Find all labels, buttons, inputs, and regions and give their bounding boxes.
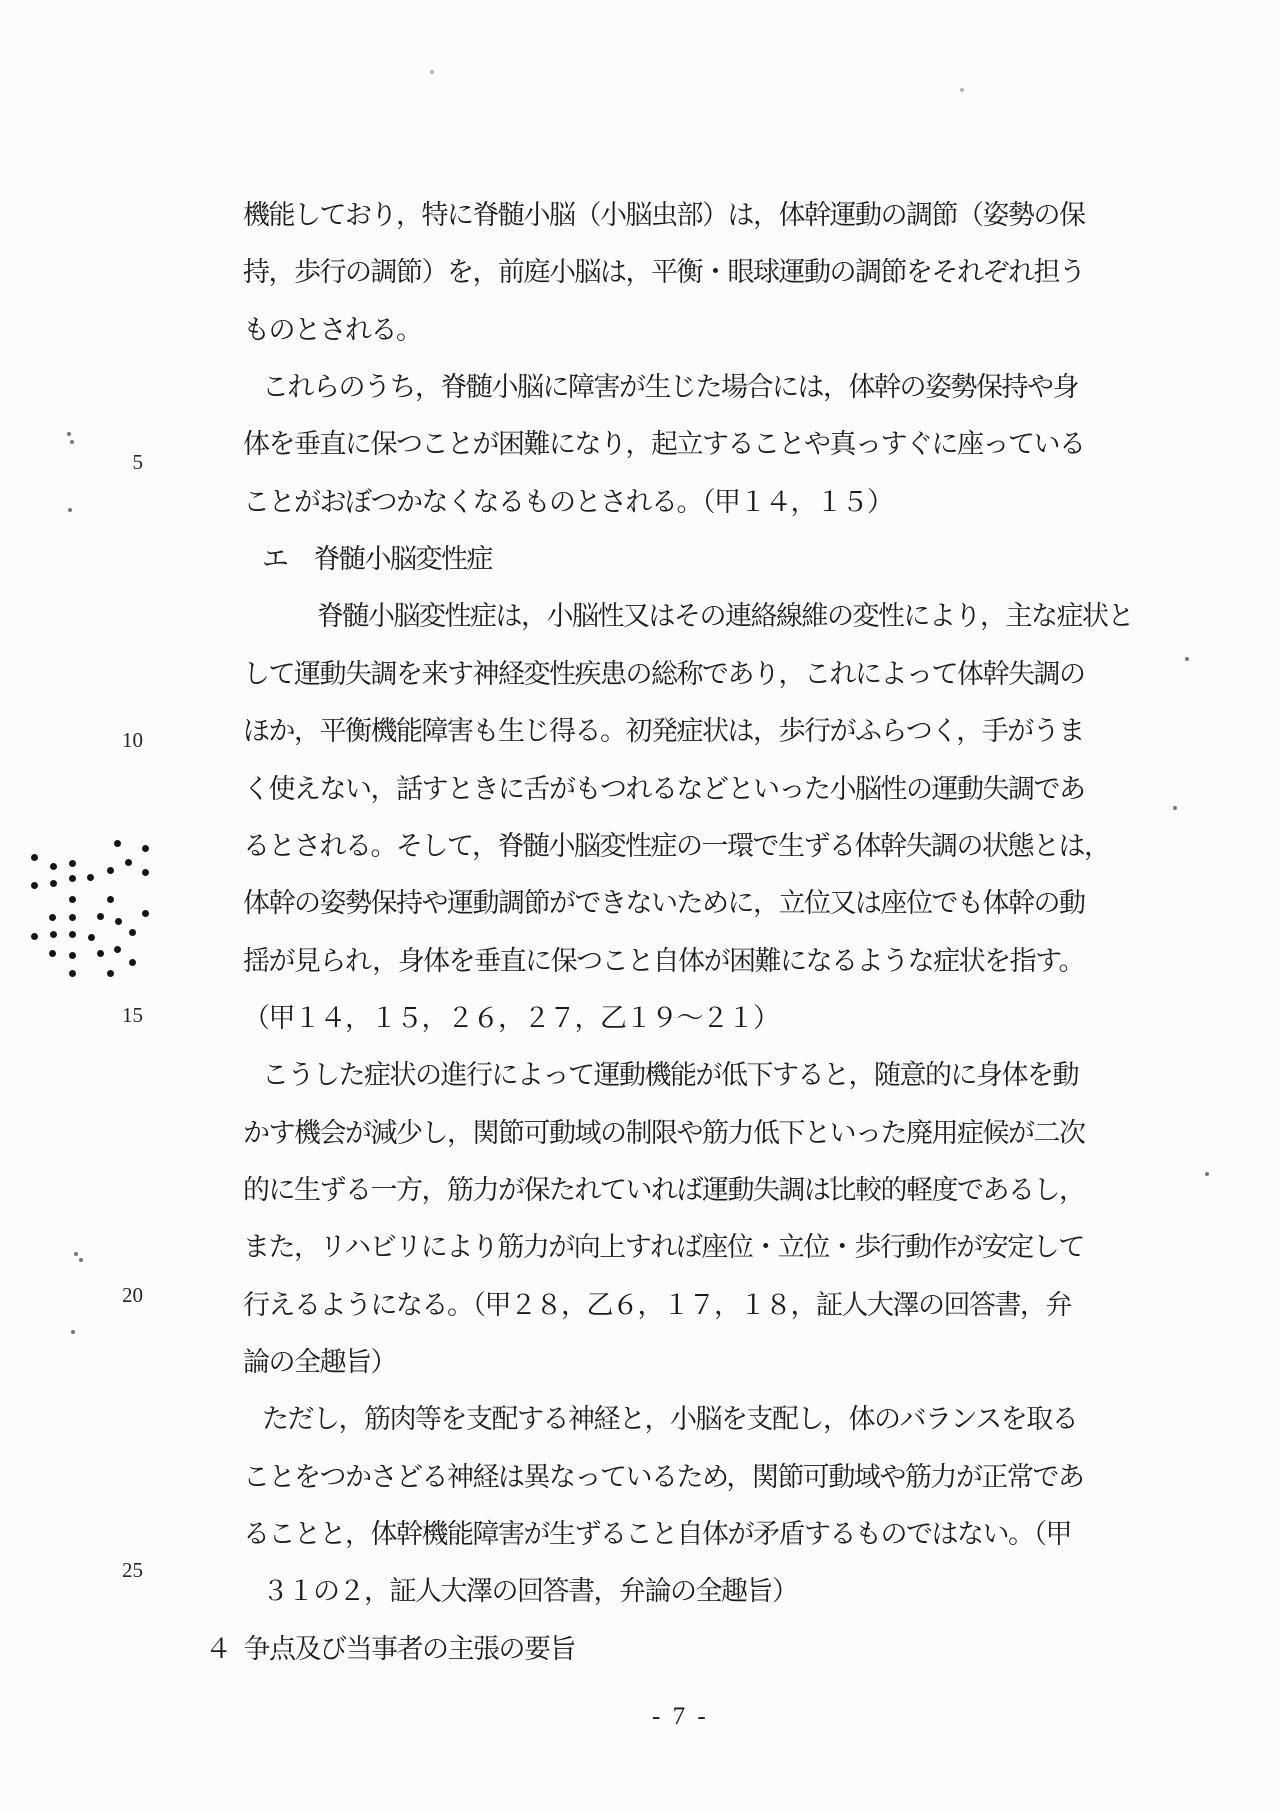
text-line: ことをつかさどる神経は異なっているため，関節可動域や筋力が正常であ — [243, 1460, 1083, 1494]
scan-dot — [49, 914, 56, 921]
scan-speck — [70, 440, 74, 444]
text-line: 的に生ずる一方，筋力が保たれていれば運動失調は比較的軽度であるし， — [243, 1173, 1085, 1207]
text-line: ことがおぼつかなくなるものとされる。（甲１４，１５） — [243, 485, 893, 519]
scan-dot — [142, 845, 149, 852]
text-line: ほか，平衡機能障害も生じ得る。初発症状は，歩行がふらつく，手がうま — [243, 714, 1084, 748]
scan-dot — [142, 910, 149, 917]
text-line: 脊髄小脳変性症は，小脳性又はその連絡線維の変性により，主な症状と — [317, 599, 1133, 633]
text-line: 持，歩行の調節）を，前庭小脳は，平衡・眼球運動の調節をそれぞれ担う — [243, 255, 1085, 289]
text-line: ものとされる。 — [243, 313, 422, 347]
scan-dot — [69, 914, 76, 921]
scan-speck — [68, 508, 72, 512]
scan-speck — [71, 1330, 75, 1334]
text-line: 体を垂直に保つことが困難になり，起立することや真っすぐに座っている — [243, 427, 1085, 461]
scan-dot — [31, 854, 38, 861]
margin-line-number: 20 — [93, 1283, 143, 1307]
text-line: かす機会が減少し，関節可動域の制限や筋力低下といった廃用症候が二次 — [243, 1116, 1085, 1150]
margin-line-number: 25 — [93, 1558, 143, 1582]
scan-dot — [114, 840, 121, 847]
scan-dot — [107, 970, 114, 977]
scan-dot — [88, 934, 95, 941]
text-line: また，リハビリにより筋力が向上すれば座位・立位・歩行動作が安定して — [243, 1230, 1084, 1264]
scan-dot — [107, 896, 114, 903]
text-line: 体幹の姿勢保持や運動調節ができないために，立位又は座位でも体幹の動 — [243, 886, 1085, 920]
scan-dot — [115, 918, 122, 925]
scan-dot — [69, 875, 76, 882]
scan-dot — [129, 959, 136, 966]
scan-dot — [69, 896, 76, 903]
scan-dot — [31, 882, 38, 889]
text-line: 揺が見られ，身体を垂直に保つこと自体が困難になるような症状を指す。 — [243, 944, 1084, 978]
scan-speck-light — [430, 70, 434, 74]
scan-dot — [129, 929, 136, 936]
heading-label: ４ — [205, 1634, 231, 1664]
heading-label: エ — [262, 544, 288, 574]
scan-dot — [125, 859, 132, 866]
text-line: く使えない，話すときに舌がもつれるなどといった小脳性の運動失調であ — [243, 772, 1085, 806]
text-line: 論の全趣旨） — [243, 1345, 396, 1379]
scan-dot — [69, 952, 76, 959]
scan-dot — [50, 880, 57, 887]
text-line: ることと，体幹機能障害が生ずること自体が矛盾するものではない。（甲 — [243, 1517, 1071, 1551]
scan-speck — [79, 1258, 83, 1262]
text-line: ただし，筋肉等を支配する神経と，小脳を支配し，体のバランスを取る — [262, 1402, 1077, 1436]
scan-dot — [69, 931, 76, 938]
scan-dot — [142, 869, 149, 876]
scan-dot — [50, 863, 57, 870]
text-line: して運動失調を来す神経変性疾患の総称であり，これによって体幹失調の — [243, 657, 1085, 691]
scan-dot — [97, 950, 104, 957]
margin-line-number: 10 — [93, 728, 143, 752]
scan-speck — [74, 1252, 78, 1256]
heading-text: 脊髄小脳変性症 — [314, 544, 493, 574]
scan-speck-light — [960, 88, 964, 92]
scan-speck — [1173, 806, 1177, 810]
text-line: これらのうち，脊髄小脳に障害が生じた場合には，体幹の姿勢保持や身 — [262, 370, 1078, 404]
scan-speck — [1205, 1172, 1209, 1176]
heading-line: エ脊髄小脳変性症 — [262, 542, 492, 576]
scan-dot — [114, 946, 121, 953]
text-line: こうした症状の進行によって運動機能が低下すると，随意的に身体を動 — [262, 1058, 1078, 1092]
scan-dot — [49, 950, 56, 957]
scan-dot — [97, 913, 104, 920]
text-line: 行えるようになる。（甲２８，乙６，１７，１８，証人大澤の回答書，弁 — [243, 1288, 1071, 1322]
margin-line-number: 5 — [93, 450, 143, 474]
heading-text: 争点及び当事者の主張の要旨 — [244, 1634, 576, 1664]
text-line: るとされる。そして，脊髄小脳変性症の一環で生ずる体幹失調の状態とは， — [243, 829, 1109, 863]
scan-dot — [107, 867, 114, 874]
text-line: （甲１４，１５，２６，２７，乙１９～２１） — [243, 1001, 779, 1035]
scan-dot — [87, 874, 94, 881]
scan-speck — [1185, 657, 1189, 661]
margin-line-number: 15 — [93, 1003, 143, 1027]
scan-dot — [50, 931, 57, 938]
heading-line: ４争点及び当事者の主張の要旨 — [205, 1632, 575, 1666]
document-page: 510152025 機能しており，特に脊髄小脳（小脳虫部）は，体幹運動の調節（姿… — [0, 0, 1279, 1811]
scan-speck — [67, 432, 71, 436]
text-line: ３１の２，証人大澤の回答書，弁論の全趣旨） — [262, 1574, 798, 1608]
text-line: 機能しており，特に脊髄小脳（小脳虫部）は，体幹運動の調節（姿勢の保 — [243, 198, 1085, 232]
page-number: - 7 - — [652, 1703, 709, 1731]
scan-dot — [31, 933, 38, 940]
scan-dot — [69, 860, 76, 867]
scan-dot — [69, 970, 76, 977]
